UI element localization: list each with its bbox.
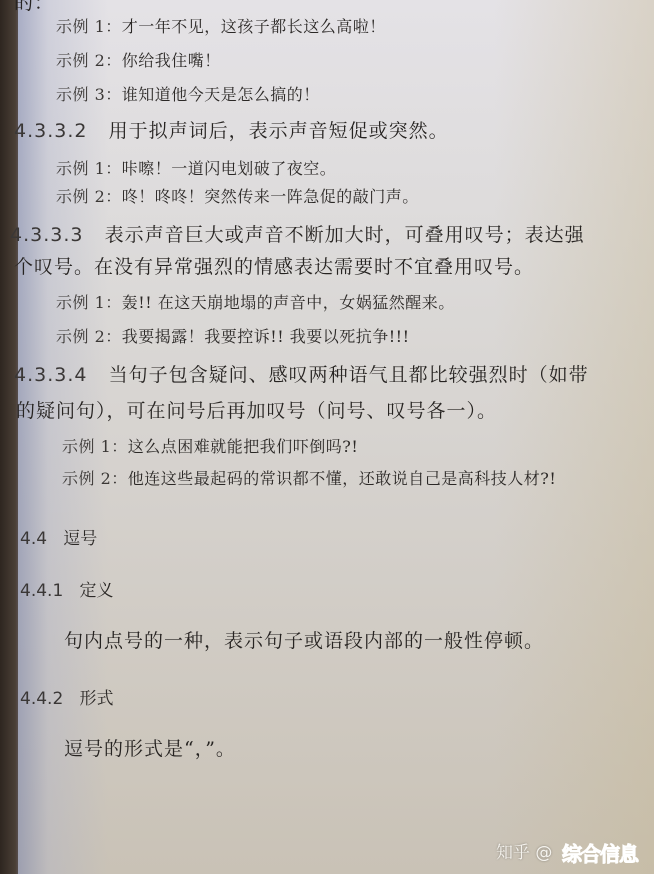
example-line: 示例 2：你给我住嘴！: [56, 48, 221, 71]
example-label: 示例 1：: [62, 437, 128, 456]
clause-4-3-3-3: 4.3.3.3 表示声音巨大或声音不断加大时，可叠用叹号；表达强: [10, 220, 585, 247]
example-line: 示例 2：他连这些最起码的常识都不懂，还敢说自己是高科技人材?!: [62, 466, 556, 489]
example-text: 这么点困难就能把我们吓倒吗?!: [128, 437, 359, 456]
example-label: 示例 2：: [56, 51, 122, 70]
section-number: 4.4.2: [20, 689, 63, 709]
clause-4-3-3-4: 4.3.3.4 当句子包含疑问、感叹两种语气且都比较强烈时（如带: [14, 360, 589, 387]
example-label: 示例 1：: [56, 293, 122, 312]
clause-text: 表示声音巨大或声音不断加大时，可叠用叹号；表达强: [105, 224, 585, 246]
example-line: 示例 3：谁知道他今天是怎么搞的！: [56, 82, 320, 105]
definition-text: 句内点号的一种，表示句子或语段内部的一般性停顿。: [64, 626, 544, 653]
example-text: 轰!! 在这天崩地塌的声音中，女娲猛然醒来。: [122, 293, 455, 312]
clause-number: 4.3.3.2: [14, 120, 87, 142]
example-label: 示例 3：: [56, 85, 122, 104]
example-text: 你给我住嘴！: [122, 51, 221, 70]
clause-number: 4.3.3.3: [10, 224, 83, 246]
example-line: 示例 2：我要揭露！我要控诉!! 我要以死抗争!!!: [56, 324, 410, 347]
clause-continuation: 个叹号。在没有异常强烈的情感表达需要时不宜叠用叹号。: [14, 252, 534, 279]
clause-number: 4.3.3.4: [14, 364, 87, 386]
example-line: 示例 1：咔嚓！一道闪电划破了夜空。: [56, 156, 336, 179]
example-text: 咚！咚咚！突然传来一阵急促的敲门声。: [122, 187, 419, 206]
clause-text: 当句子包含疑问、感叹两种语气且都比较强烈时（如带: [109, 364, 589, 386]
example-label: 示例 1：: [56, 17, 122, 36]
section-title: 形式: [79, 689, 113, 709]
clause-text: 用于拟声词后，表示声音短促或突然。: [109, 120, 449, 142]
zhihu-watermark: 知乎 @: [496, 838, 552, 863]
section-4-4-2-heading: 4.4.2 形式: [20, 684, 113, 709]
example-text: 我要揭露！我要控诉!! 我要以死抗争!!!: [122, 327, 410, 346]
example-line: 示例 1：轰!! 在这天崩地塌的声音中，女娲猛然醒来。: [56, 290, 455, 313]
example-label: 示例 2：: [56, 187, 122, 206]
clause-4-3-3-2: 4.3.3.2 用于拟声词后，表示声音短促或突然。: [14, 116, 449, 143]
top-fragment: 的：: [14, 0, 54, 15]
example-text: 他连这些最起码的常识都不懂，还敢说自己是高科技人材?!: [128, 469, 557, 488]
clause-continuation: 的疑问句），可在问号后再加叹号（问号、叹号各一）。: [16, 396, 497, 423]
example-text: 谁知道他今天是怎么搞的！: [122, 85, 320, 104]
example-label: 示例 2：: [62, 469, 128, 488]
section-4-4-heading: 4.4 逗号: [20, 524, 97, 549]
brand-watermark: 综合信息: [562, 838, 638, 867]
example-line: 示例 1：才一年不见，这孩子都长这么高啦！: [56, 14, 386, 37]
section-number: 4.4: [20, 529, 47, 549]
section-number: 4.4.1: [20, 581, 63, 601]
example-label: 示例 1：: [56, 159, 122, 178]
example-line: 示例 2：咚！咚咚！突然传来一阵急促的敲门声。: [56, 184, 419, 207]
example-label: 示例 2：: [56, 327, 122, 346]
form-text: 逗号的形式是“，”。: [64, 734, 236, 761]
example-text: 才一年不见，这孩子都长这么高啦！: [122, 17, 386, 36]
example-line: 示例 1：这么点困难就能把我们吓倒吗?!: [62, 434, 358, 457]
section-title: 逗号: [63, 529, 97, 549]
section-title: 定义: [79, 581, 113, 601]
example-text: 咔嚓！一道闪电划破了夜空。: [122, 159, 337, 178]
section-4-4-1-heading: 4.4.1 定义: [20, 576, 113, 601]
